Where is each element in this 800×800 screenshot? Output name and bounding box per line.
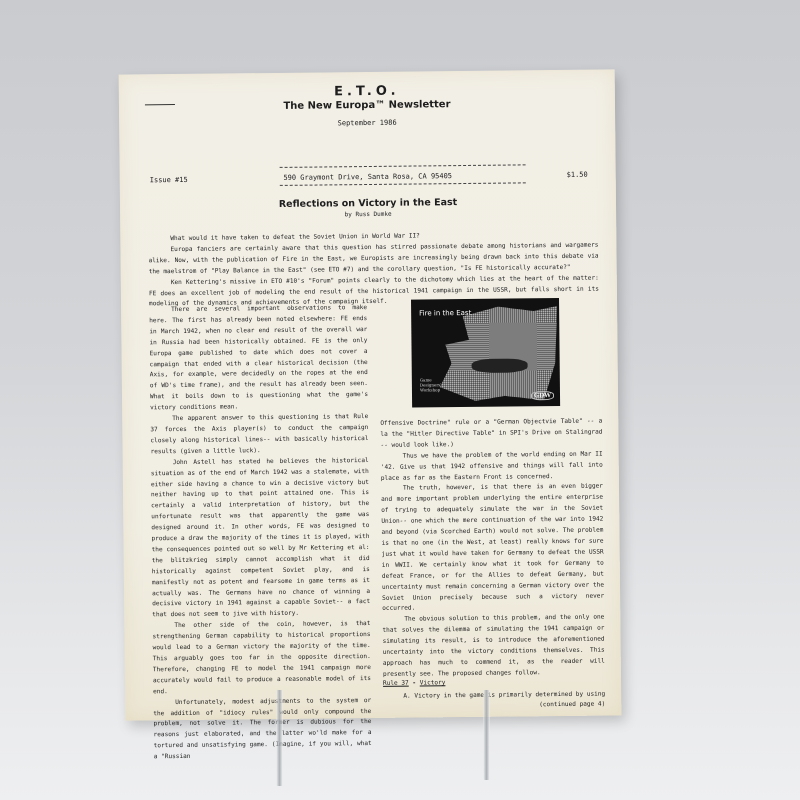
- display-stand-left: [276, 690, 283, 786]
- paragraph: Europa fanciers are certainly aware that…: [148, 241, 598, 278]
- paragraph: Offensive Doctrine" rule or a "German Ob…: [380, 417, 602, 452]
- continued-note: (continued page 4): [403, 700, 605, 712]
- address: 590 Graymont Drive, Santa Rosa, CA 95405: [120, 170, 616, 183]
- rule-a: A. Victory in the game is primarily dete…: [403, 690, 605, 712]
- newsletter-page: E.T.O. The New Europa™ Newsletter Septem…: [119, 69, 622, 720]
- rule-name: Victory: [420, 679, 446, 686]
- figure-title: Fire in the East: [419, 309, 471, 318]
- divider-bottom: [280, 182, 526, 186]
- divider-top: [280, 164, 526, 168]
- display-stand-right: [483, 690, 490, 780]
- gdw-logo: GDW: [531, 391, 554, 400]
- sea-shape: [472, 358, 528, 373]
- paragraph: The obvious solution to this problem, an…: [382, 613, 605, 681]
- paragraph: The apparent answer to this questioning …: [150, 412, 368, 458]
- right-column: Offensive Doctrine" rule or a "German Ob…: [380, 417, 605, 681]
- paragraph: There are several important observations…: [149, 303, 368, 414]
- paragraph: Unfortunately, modest adjustments to the…: [153, 696, 372, 764]
- masthead: E.T.O. The New Europa™ Newsletter Septem…: [119, 81, 615, 129]
- rule-heading: Rule 37 - Victory: [383, 679, 445, 687]
- figure-publisher: Game Designers' Workshop: [420, 377, 450, 392]
- game-box-image: Fire in the East Game Designers' Worksho…: [411, 298, 560, 408]
- price: $1.50: [567, 171, 588, 179]
- rule-number: Rule 37: [383, 680, 409, 687]
- paragraph: The truth, however, is that there is an …: [381, 482, 604, 615]
- issue-date: September 1986: [119, 116, 615, 129]
- paragraph: The other side of the coin, however, is …: [152, 619, 371, 698]
- left-column: There are several important observations…: [149, 303, 372, 763]
- paragraph: John Astell has stated he believes the h…: [151, 456, 371, 622]
- paragraph: Thus we have the problem of the world en…: [381, 449, 603, 484]
- rule-separator: -: [409, 679, 420, 686]
- europe-map-graphic: [439, 306, 558, 401]
